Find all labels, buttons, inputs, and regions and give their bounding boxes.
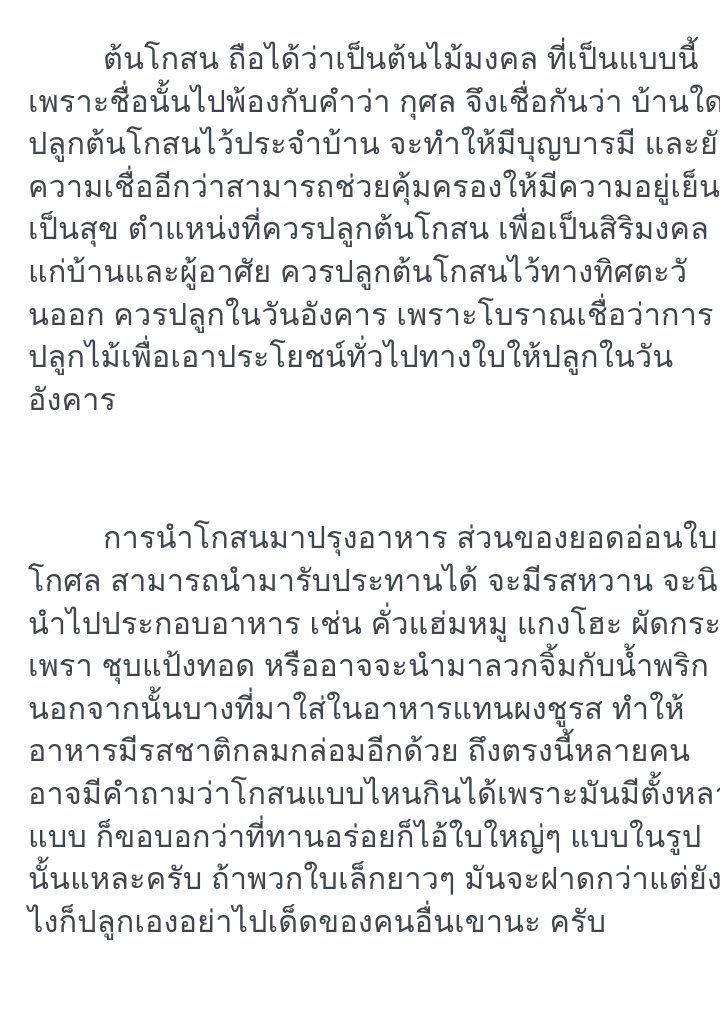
text-line: การนำโกสนมาปรุงอาหาร ส่วนของยอดอ่อนใบ: [28, 517, 694, 560]
article-body: ต้นโกสน ถือได้ว่าเป็นต้นไม้มงคล ที่เป็นแ…: [0, 0, 720, 943]
text-line: ความเชื่ออีกว่าสามารถช่วยคุ้มครองให้มีคว…: [28, 166, 694, 209]
text-line: แก่บ้านและผู้อาศัย ควรปลูกต้นโกสนไว้ทางท…: [28, 251, 694, 294]
text-line: นออก ควรปลูกในวันอังคาร เพราะโบราณเชื่อว…: [28, 294, 694, 337]
text-line: อาหารมีรสชาติกลมกล่อมอีกด้วย ถึงตรงนี้หล…: [28, 730, 694, 773]
text-line: ปลูกต้นโกสนไว้ประจำบ้าน จะทำให้มีบุญบารม…: [28, 123, 694, 166]
text-line: เป็นสุข ตำแหน่งที่ควรปลูกต้นโกสน เพื่อเป…: [28, 208, 694, 251]
text-line: อังคาร: [28, 379, 694, 422]
paragraph-cooking-usage: การนำโกสนมาปรุงอาหาร ส่วนของยอดอ่อนใบ โก…: [28, 517, 694, 943]
text-line: นอกจากนั้นบางที่มาใส่ในอาหารแทนผงชูรส ทำ…: [28, 688, 694, 731]
document-page: ต้นโกสน ถือได้ว่าเป็นต้นไม้มงคล ที่เป็นแ…: [0, 0, 720, 1017]
text-line: ปลูกไม้เพื่อเอาประโยชน์ทั่วไปทางใบให้ปลู…: [28, 336, 694, 379]
text-line: เพรา ชุบแป้งทอด หรืออาจจะนำมาลวกจิ้มกับน…: [28, 645, 694, 688]
text-line: นั้นแหละครับ ถ้าพวกใบเล็กยาวๆ มันจะฝาดกว…: [28, 858, 694, 901]
text-line: โกศล สามารถนำมารับประทานได้ จะมีรสหวาน จ…: [28, 560, 694, 603]
text-line: ต้นโกสน ถือได้ว่าเป็นต้นไม้มงคล ที่เป็นแ…: [28, 38, 694, 81]
text-line: แบบ ก็ขอบอกว่าที่ทานอร่อยก็ไอ้ใบใหญ่ๆ แบ…: [28, 816, 694, 859]
text-line: เพราะชื่อนั้นไปพ้องกับคำว่า กุศล จึงเชื่…: [28, 81, 694, 124]
paragraph-planting-belief: ต้นโกสน ถือได้ว่าเป็นต้นไม้มงคล ที่เป็นแ…: [28, 38, 694, 421]
text-line: อาจมีคำถามว่าโกสนแบบไหนกินได้เพราะมันมีต…: [28, 773, 694, 816]
text-line: นำไปประกอบอาหาร เช่น คั่วแฮ่มหมู แกงโฮะ …: [28, 603, 694, 646]
text-line: ไงก็ปลูกเองอย่าไปเด็ดของคนอื่นเขานะ ครับ: [28, 901, 694, 944]
